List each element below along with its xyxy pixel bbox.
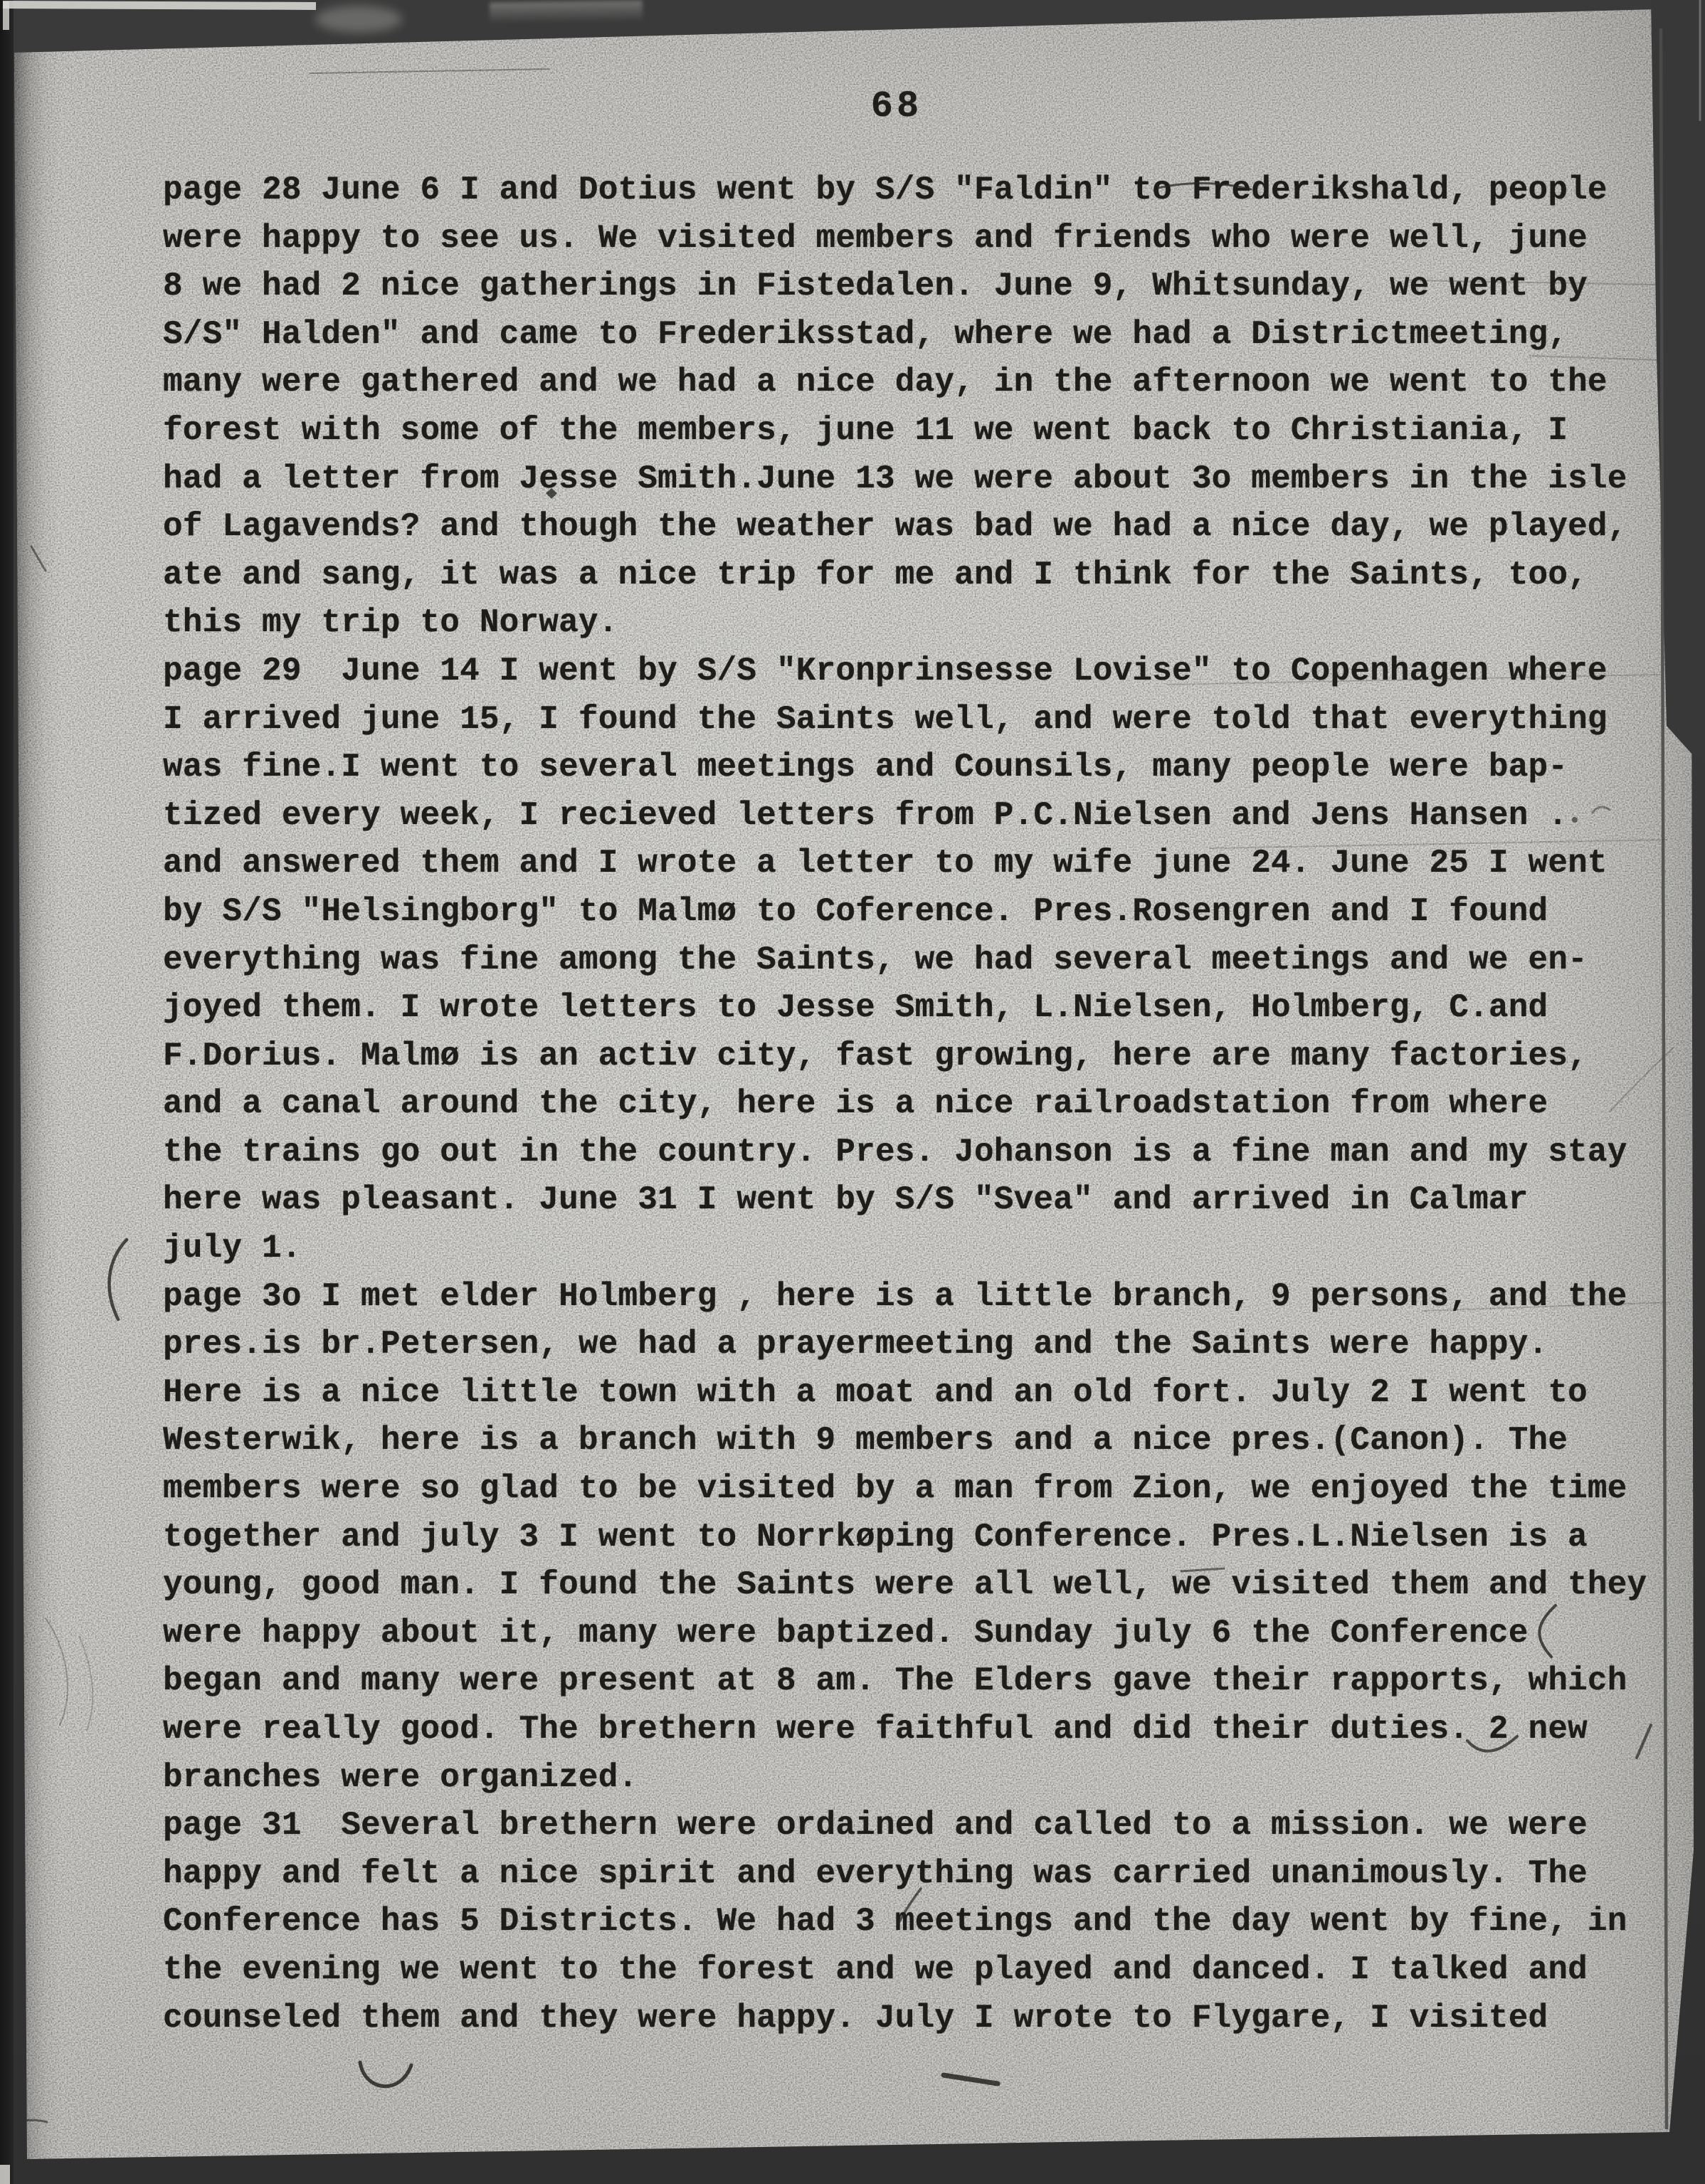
text-line: 8 we had 2 nice gatherings in Fistedalen… — [163, 263, 1647, 311]
text-line: this my trip to Norway. — [163, 599, 1647, 648]
text-line: ate and sang, it was a nice trip for me … — [163, 552, 1647, 600]
text-line: Here is a nice little town with a moat a… — [163, 1369, 1647, 1418]
scanner-top-sliver — [3, 1, 316, 10]
text-line: members were so glad to be visited by a … — [163, 1465, 1647, 1514]
text-line: had a letter from Jesse Smith.June 13 we… — [163, 455, 1647, 504]
text-line: I arrived june 15, I found the Saints we… — [163, 696, 1647, 744]
text-line: were really good. The brethern were fait… — [163, 1706, 1647, 1754]
text-line: began and many were present at 8 am. The… — [163, 1657, 1647, 1706]
paren-mark-page30 — [110, 1240, 127, 1319]
text-line: everything was fine among the Saints, we… — [163, 937, 1647, 985]
text-line: july 1. — [163, 1225, 1647, 1273]
text-line: the trains go out in the country. Pres. … — [163, 1129, 1647, 1177]
text-line: F.Dorius. Malmø is an activ city, fast g… — [163, 1033, 1647, 1081]
text-line: pres.is br.Petersen, we had a prayermeet… — [163, 1321, 1647, 1369]
scanned-document: { "document": { "page_number": "68", "li… — [0, 0, 1705, 2184]
top-band-smudge — [315, 6, 402, 33]
text-line: the evening we went to the forest and we… — [163, 1946, 1647, 1995]
text-line: branches were organized. — [163, 1754, 1647, 1803]
text-line: together and july 3 I went to Norrkøping… — [163, 1514, 1647, 1562]
text-line: Westerwik, here is a branch with 9 membe… — [163, 1417, 1647, 1465]
page-number: 68 — [847, 85, 946, 127]
scanner-bottom-sliver — [0, 2165, 10, 2184]
text-line: Conference has 5 Districts. We had 3 mee… — [163, 1898, 1647, 1946]
text-line: were happy about it, many were baptized.… — [163, 1610, 1647, 1658]
text-line: tized every week, I recieved letters fro… — [163, 792, 1647, 840]
dash-mark-bottom — [944, 2075, 998, 2084]
text-line: here was pleasant. June 31 I went by S/S… — [163, 1176, 1647, 1225]
scanner-corner-sliver — [3, 1, 9, 30]
scan-left-border — [0, 0, 14, 2184]
top-band-streak — [490, 1, 643, 24]
page-sheet: 68 page 28 June 6 I and Dotius went by S… — [0, 0, 1705, 2184]
text-line: page 3o I met elder Holmberg , here is a… — [163, 1273, 1647, 1322]
text-line: happy and felt a nice spirit and everyth… — [163, 1850, 1647, 1899]
text-line: of Lagavends? and though the weather was… — [163, 503, 1647, 552]
text-line: young, good man. I found the Saints were… — [163, 1561, 1647, 1610]
text-line: counseled them and they were happy. July… — [163, 1995, 1647, 2043]
text-line: and answered them and I wrote a letter t… — [163, 840, 1647, 888]
text-line: joyed them. I wrote letters to Jesse Smi… — [163, 984, 1647, 1033]
text-line: was fine.I went to several meetings and … — [163, 744, 1647, 792]
margin-scratch-curve-2 — [80, 1637, 93, 1731]
hairline-top — [310, 69, 549, 73]
text-line: page 31 Several brethern were ordained a… — [163, 1802, 1647, 1850]
text-line: page 28 June 6 I and Dotius went by S/S … — [163, 167, 1647, 215]
text-line: by S/S "Helsingborg" to Malmø to Coferen… — [163, 888, 1647, 937]
text-line: were happy to see us. We visited members… — [163, 215, 1647, 263]
text-line: page 29 June 14 I went by S/S "Kronprins… — [163, 648, 1647, 696]
text-line: S/S" Halden" and came to Frederiksstad, … — [163, 311, 1647, 359]
text-line: and a canal around the city, here is a n… — [163, 1080, 1647, 1129]
typewritten-text: page 28 June 6 I and Dotius went by S/S … — [163, 167, 1647, 2042]
text-line: many were gathered and we had a nice day… — [163, 359, 1647, 407]
handwritten-curve-bottom — [360, 2062, 411, 2087]
text-line: forest with some of the members, june 11… — [163, 407, 1647, 455]
page-left-edge-shading — [11, 28, 61, 2163]
